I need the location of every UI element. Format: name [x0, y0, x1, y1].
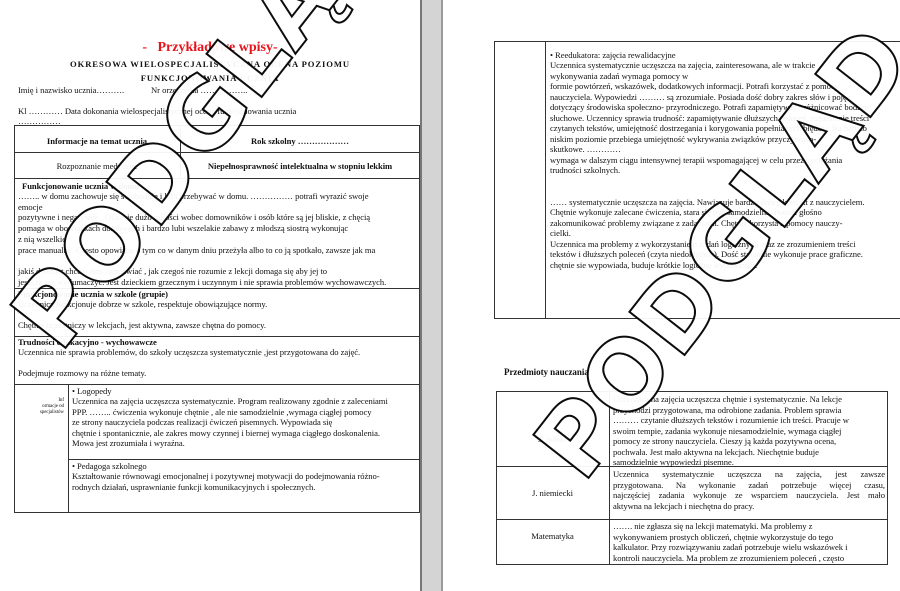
form-header-line1: OKRESOWA WIELOSPECJALISTYCZNA OCENA POZI… [0, 59, 420, 69]
col-header-info: Informacje na temat ucznia [14, 136, 180, 146]
text-line: samodzielnie wypowiedzi pisemne. [613, 457, 734, 467]
title-text: Przykładowe wpisy- [158, 40, 278, 55]
logopeda-heading: • Logopedy [72, 386, 112, 396]
text-line: jakiś dylemat chce o nim rozmawiać , jak… [18, 266, 327, 276]
text-line: chętnie sie wypowiada, buduje krótkie lo… [550, 260, 757, 270]
text-line: rodnych działań, usprawnianie funkcji ko… [72, 482, 315, 492]
text-line: z nią wszelkie [18, 234, 66, 244]
class-date-field: Kl ………… Data dokonania wielospecjalistyc… [18, 106, 296, 116]
text-line: trudności szkolnych. [550, 165, 620, 175]
text-line: nauczyciela. Wypowiedzi ……… są zrozumiał… [550, 92, 851, 102]
student-name-field: Imię i nazwisko ucznia………. [18, 85, 124, 95]
text-line: Kształtowanie równowagi emocjonalnej i p… [72, 471, 380, 481]
row-divider [14, 178, 420, 179]
difficulties-heading: Trudności edukacyjno - wychowawcze [18, 337, 157, 347]
document-page-left: - Przykładowe wpisy- OKRESOWA WIELOSPECJ… [0, 0, 420, 591]
text-line: dotyczący środowiska społeczno- przyrodn… [550, 102, 868, 112]
text-line: Mowa jest zrozumiała i wyraźna. [72, 438, 185, 448]
diagnosis-value: Niepełnosprawność intelektualna w stopni… [180, 161, 420, 171]
text-line: kontroli nauczyciela. Ma problem ze zroz… [613, 553, 844, 563]
title-prefix: - [142, 40, 147, 55]
text-line: prace manualne. Często opowiada o tym co… [18, 245, 375, 255]
school-heading: Funkcjonowanie ucznia w szkole (grupie) [18, 289, 168, 299]
text-line: Uczennica nie sprawia problemów, do szko… [18, 347, 360, 357]
document-page-right: • Reedukatora: zajęcia rewalidacyjne Ucz… [443, 0, 900, 591]
subjects-heading: Przedmioty nauczania [504, 367, 589, 377]
document-title: - Przykładowe wpisy- [0, 40, 420, 56]
text-line: Chętnie wykonuje zalecane ćwiczenia, sta… [550, 207, 822, 217]
text-line: pomocy ze strony nauczyciela. Cieszy ją … [613, 436, 836, 446]
text-line: najczęściej zadania wykonuje ze wsparcie… [613, 490, 885, 500]
specialists-label: Inf ormacje od specjalistów [14, 398, 64, 416]
text-line: Uczennica funkcjonuje dobrze w szkole, r… [18, 299, 267, 309]
text-line: ……. nie zgłasza się na lekcji matematyki… [613, 521, 812, 531]
home-heading: Funkcjonowanie ucznia w domu [22, 181, 139, 191]
page-divider [420, 0, 443, 591]
text-line: przygotowana. Na wykonanie zadań potrzeb… [613, 480, 885, 490]
subject-name: J. polski [496, 434, 609, 444]
text-line: przychodzi przygotowana, ma odrobione za… [613, 405, 841, 415]
text-line: jeszcze raz wytłumaczyć. Jest dzieckiem … [18, 277, 386, 287]
text-line: wykonywania zadań wymaga pomocy w [550, 71, 688, 81]
specialists-label-part: specjalistów [14, 410, 64, 416]
pedagog-heading: • Pedagoga szkolnego [72, 461, 147, 471]
text-line: aktywna na lekcjach i niechętna do pracy… [613, 501, 885, 511]
row-divider [14, 152, 420, 153]
text-line: Uczennica systematycznie uczęszcza na za… [550, 60, 815, 70]
text-line: czytanych tekstów, umiejętność dostrzega… [550, 123, 867, 133]
text-line: Podejmuje rozmowy na różne tematy. [18, 368, 146, 378]
text-line: Uczennica ma problemy z wykorzystaniem z… [550, 239, 856, 249]
text-line: PPP. …….. ćwiczenia wykonuje chętnie , a… [72, 407, 371, 417]
diagnosis-label: Rozpoznanie medyczne [14, 161, 180, 171]
specialist-col-divider [545, 41, 546, 319]
text-line: kalkulator. Przy rozwiązywaniu zadań pot… [613, 542, 847, 552]
text-line: …… systematycznie uczęszcza na zajęcia. … [550, 197, 864, 207]
col-header-school-year: Rok szkolny ……………… [180, 136, 420, 146]
orzeczenie-field: Nr orzeczenia …………….. [151, 85, 247, 95]
text-line: wykonywaniem prostych obliczeń, chętnie … [613, 532, 833, 542]
subject-name: Matematyka [496, 531, 609, 541]
subjects-col-divider [609, 391, 610, 565]
text-line: pochwała. Jest mało aktywna na lekcjach.… [613, 447, 819, 457]
text-line: wymaga w dalszym ciągu intensywnej terap… [550, 155, 842, 165]
text-line: pomaga w obowiązkach domowych i bardzo l… [18, 223, 348, 233]
text-line: cielki. [550, 228, 571, 238]
text-line: pozytywne i negatywne . Okazuje dużo mił… [18, 212, 370, 222]
text-line: Uczennica na zajęcia uczęszcza systematy… [72, 396, 388, 406]
subject-name: J. niemiecki [496, 488, 609, 498]
text-line: zakomunikować problemy związane z zadani… [550, 218, 842, 228]
text-line: Chętnie uczestniczy w lekcjach, jest akt… [18, 320, 266, 330]
text-line: …….. w domu zachowuje się swobodnie i lu… [18, 191, 369, 201]
text-line: ……… czytanie dłuższych tekstów i rozumie… [613, 415, 849, 425]
text-line: Uczennica na zajęcia uczęszcza chętnie i… [613, 394, 842, 404]
specialist-col-divider [68, 384, 69, 513]
text-line: chętnie i spontanicznie, ale zakres mowy… [72, 428, 380, 438]
text-line: swoim tempie, zadania wykonuje niesamodz… [613, 426, 841, 436]
text-line: emocje [18, 202, 43, 212]
text-line: Uczennica systematycznie uczęszcza na za… [613, 469, 885, 479]
form-header-line2: FUNKCJONOWANIA UCZNIA [0, 73, 420, 83]
reedukator-heading: • Reedukatora: zajęcia rewalidacyjne [550, 50, 676, 60]
text-line: ze strony nauczyciela podczas realizacji… [72, 417, 332, 427]
text-line: skutkowe. ………… [550, 144, 621, 154]
text-line: niskim poziomie przebiega umiejętność wy… [550, 134, 816, 144]
text-line: słuchowe. Uczennicy sprawia trudność: za… [550, 113, 869, 123]
text-line: formie powtórzeń, wskazówek, dodatkowych… [550, 81, 839, 91]
text-line: tekstów i dłuższych poleceń (czyta niedo… [550, 249, 863, 259]
